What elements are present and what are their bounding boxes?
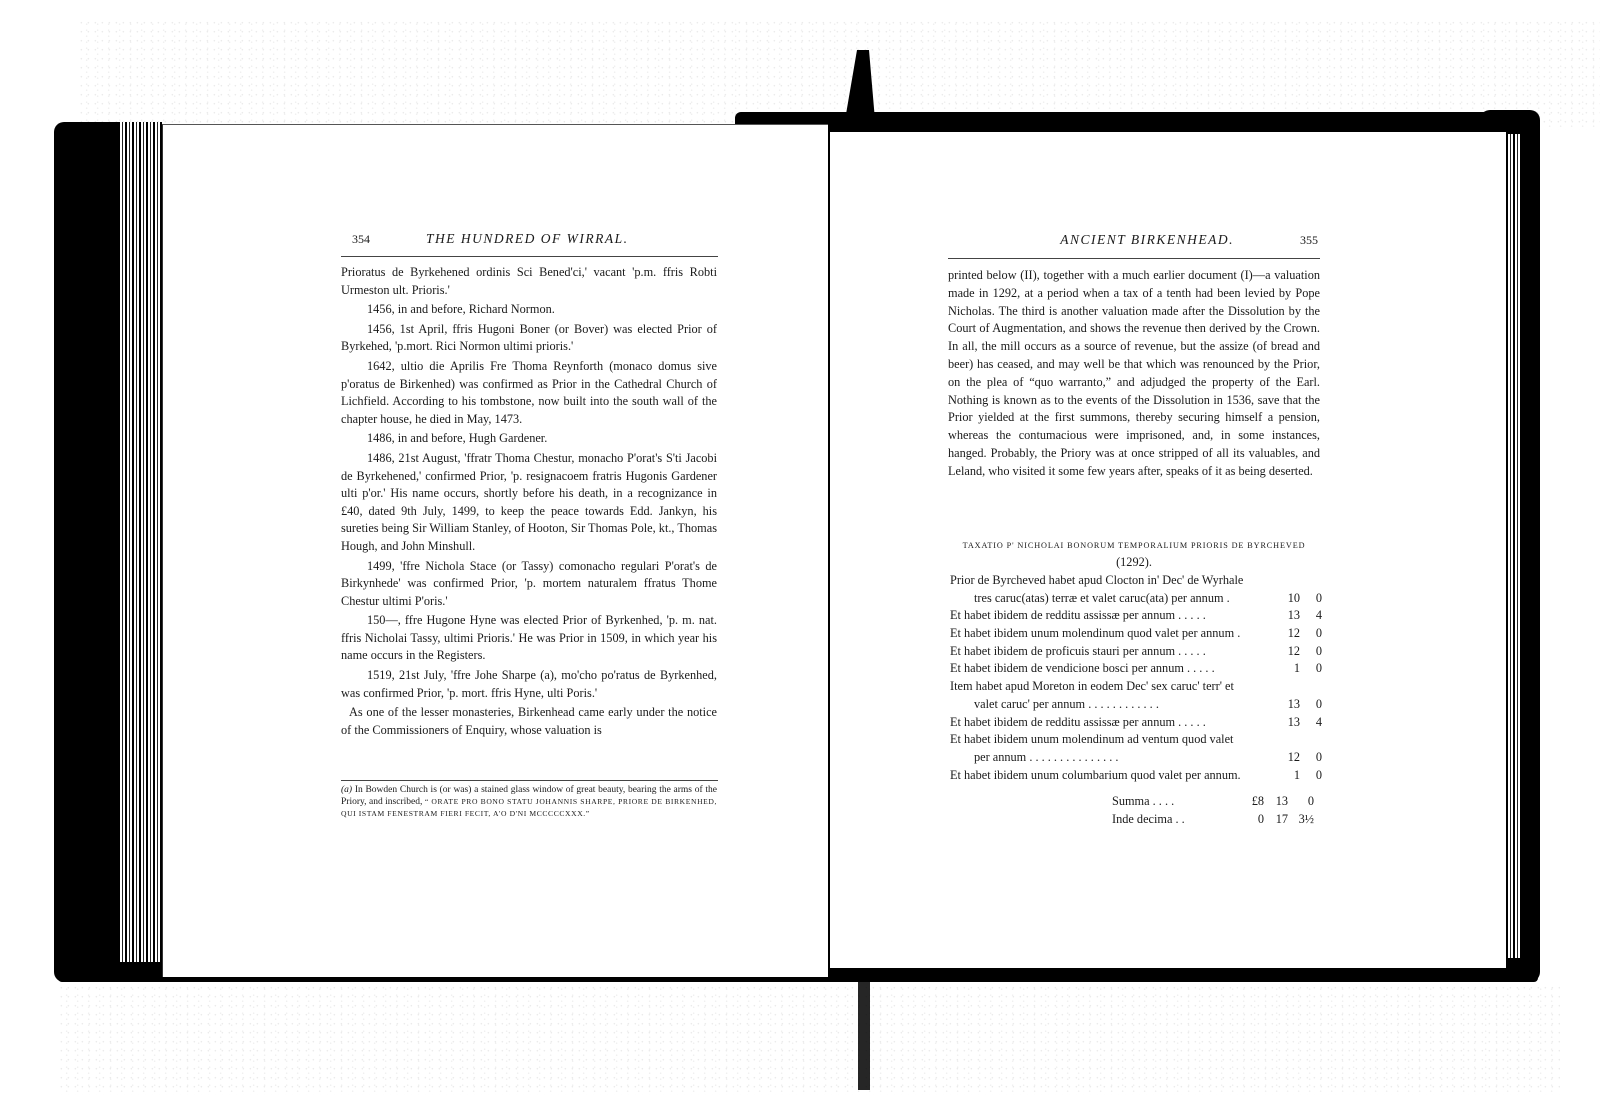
left-page-number: 354 <box>352 232 426 247</box>
paragraph: printed below (II), together with a much… <box>948 267 1320 481</box>
paragraph: 1499, 'ffre Nichola Stace (or Tassy) com… <box>341 558 717 611</box>
table-row: Prior de Byrcheved habet apud Clocton in… <box>950 572 1322 590</box>
right-header-rule <box>948 258 1320 259</box>
table-row: Et habet ibidem de proficuis stauri per … <box>950 643 1322 661</box>
right-running-title: ANCIENT BIRKENHEAD. <box>1060 232 1234 248</box>
left-body-text: Prioratus de Byrkehened ordinis Sci Bene… <box>341 264 717 739</box>
paragraph: 1486, 21st August, 'ffratr Thoma Chestur… <box>341 450 717 556</box>
right-body-text: printed below (II), together with a much… <box>948 267 1320 481</box>
right-page-header: ANCIENT BIRKENHEAD. 355 <box>948 232 1318 248</box>
paragraph: 150—, ffre Hugone Hyne was elected Prior… <box>341 612 717 665</box>
table-row: Et habet ibidem unum molendinum quod val… <box>950 625 1322 643</box>
paragraph: 1642, ultio die Aprilis Fre Thoma Reynfo… <box>341 358 717 428</box>
taxatio-year: (1292). <box>948 555 1320 570</box>
left-running-title: THE HUNDRED OF WIRRAL. <box>426 231 628 247</box>
paragraph: 1486, in and before, Hugh Gardener. <box>341 430 717 448</box>
footnote-rule <box>341 780 718 781</box>
paragraph: 1456, in and before, Richard Normon. <box>341 301 717 319</box>
page-edges-left <box>118 122 162 962</box>
paragraph: As one of the lesser monasteries, Birken… <box>341 704 717 739</box>
paragraph: Prioratus de Byrkehened ordinis Sci Bene… <box>341 264 717 299</box>
table-row: Item habet apud Moreton in eodem Dec' se… <box>950 678 1322 696</box>
table-row: valet caruc' per annum . . . . . . . . .… <box>950 696 1322 714</box>
total-row-decima: Inde decima . . 0 17 3½ <box>1112 810 1314 828</box>
table-row: Et habet ibidem de redditu assissæ per a… <box>950 607 1322 625</box>
left-page-header: 354 THE HUNDRED OF WIRRAL. <box>352 231 717 247</box>
table-row: Et habet ibidem de vendicione bosci per … <box>950 660 1322 678</box>
right-page-number: 355 <box>1300 233 1318 248</box>
taxatio-table: Prior de Byrcheved habet apud Clocton in… <box>950 572 1322 784</box>
paragraph: 1456, 1st April, ffris Hugoni Boner (or … <box>341 321 717 356</box>
taxatio-totals: Summa . . . . £8 13 0 Inde decima . . 0 … <box>1112 792 1314 828</box>
table-row: tres caruc(atas) terræ et valet caruc(at… <box>950 590 1322 608</box>
scan-noise-bottom <box>60 985 1560 1095</box>
footnote-marker: (a) <box>341 785 352 795</box>
ribbon-bottom <box>858 980 870 1090</box>
footnote: (a) In Bowden Church is (or was) a stain… <box>341 784 717 820</box>
taxatio-title: TAXATIO P' NICHOLAI BONORUM TEMPORALIUM … <box>948 541 1320 550</box>
total-row-summa: Summa . . . . £8 13 0 <box>1112 792 1314 810</box>
paragraph: 1519, 21st July, 'ffre Johe Sharpe (a), … <box>341 667 717 702</box>
left-header-rule <box>341 256 718 257</box>
table-row: Et habet ibidem unum columbarium quod va… <box>950 767 1322 785</box>
table-row: Et habet ibidem unum molendinum ad ventu… <box>950 731 1322 749</box>
table-row: Et habet ibidem de redditu assissæ per a… <box>950 714 1322 732</box>
table-row: per annum . . . . . . . . . . . . . . .1… <box>950 749 1322 767</box>
